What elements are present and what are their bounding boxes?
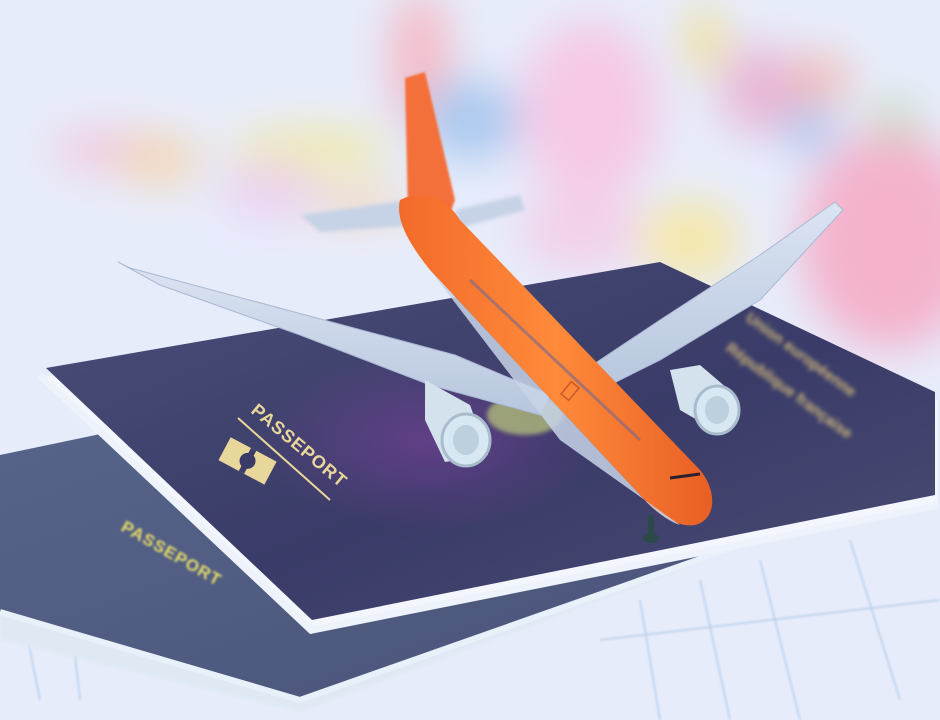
photo-canvas: PASSEPORT PASSEPORT Union européenne Rép… bbox=[0, 0, 940, 720]
photo-scene: PASSEPORT PASSEPORT Union européenne Rép… bbox=[0, 0, 940, 720]
